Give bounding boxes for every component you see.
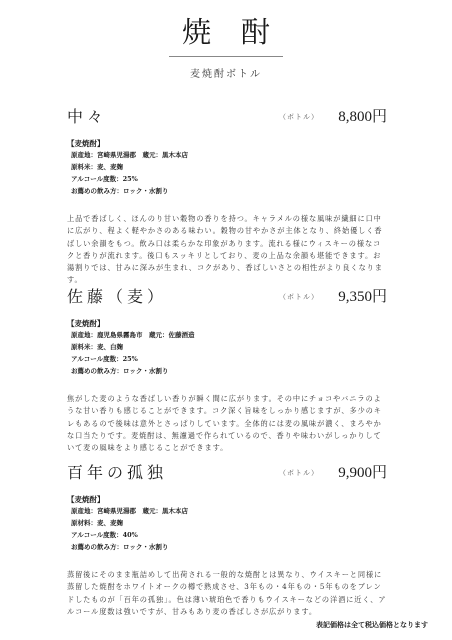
item-unit: （ボトル） bbox=[279, 112, 319, 122]
item-unit: （ボトル） bbox=[279, 292, 319, 302]
item-header: 佐藤（麦） （ボトル） 9,350円 bbox=[67, 286, 387, 310]
item-price: 9,900円 bbox=[338, 462, 387, 484]
item-origin: 原産地：宮崎県児湯郡 蔵元：黒木本店 bbox=[67, 505, 387, 517]
tax-note: 表記価格は全て税込価格となります bbox=[316, 620, 428, 630]
item-description: 上品で香ばしく、ほんのり甘い穀物の香りを持つ。キャラメルの様な風味が繊細に口中に… bbox=[67, 213, 389, 287]
menu-item-nakanaka: 中々 （ボトル） 8,800円 【麦焼酎】 原産地：宮崎県児湯郡 蔵元：黒木本店… bbox=[67, 106, 387, 287]
item-price: 9,350円 bbox=[338, 286, 387, 308]
item-abv: アルコール度数：40% bbox=[67, 529, 387, 541]
item-ingredients: 原料米：麦、白麹 bbox=[67, 341, 387, 353]
item-header: 百年の孤独 （ボトル） 9,900円 bbox=[67, 462, 387, 486]
item-abv: アルコール度数：25% bbox=[67, 353, 387, 365]
menu-item-sato-mugi: 佐藤（麦） （ボトル） 9,350円 【麦焼酎】 原産地：鹿児島県霧島市 蔵元：… bbox=[67, 286, 387, 454]
item-price: 8,800円 bbox=[338, 106, 387, 128]
item-origin: 原産地：鹿児島県霧島市 蔵元：佐藤酒造 bbox=[67, 329, 387, 341]
item-ingredients: 原料米：麦、麦麹 bbox=[67, 161, 387, 173]
item-name: 中々 bbox=[67, 106, 107, 128]
item-recommended: お薦めの飲み方：ロック・水割り bbox=[67, 185, 387, 197]
item-ingredients: 原材料：麦、麦麹 bbox=[67, 517, 387, 529]
item-category: 【麦焼酎】 bbox=[67, 138, 387, 149]
menu-item-hyakunen-no-kodoku: 百年の孤独 （ボトル） 9,900円 【麦焼酎】 原産地：宮崎県児湯郡 蔵元：黒… bbox=[67, 462, 387, 618]
item-recommended: お薦めの飲み方：ロック・水割り bbox=[67, 541, 387, 553]
page-title: 焼酎 bbox=[0, 14, 452, 50]
item-header: 中々 （ボトル） 8,800円 bbox=[67, 106, 387, 130]
item-abv: アルコール度数：25% bbox=[67, 173, 387, 185]
page-subtitle: 麦焼酎ボトル bbox=[0, 65, 452, 80]
item-description: 焦がした麦のような香ばしい香りが瞬く間に広がります。その中にチョコやバニラのよう… bbox=[67, 393, 389, 454]
item-unit: （ボトル） bbox=[279, 468, 319, 478]
item-description: 蒸留後にそのまま瓶詰めして出荷される一般的な焼酎とは異なり、ウイスキーと同様に蒸… bbox=[67, 569, 389, 618]
item-name: 百年の孤独 bbox=[67, 462, 167, 484]
title-divider bbox=[169, 56, 283, 57]
item-recommended: お薦めの飲み方：ロック・水割り bbox=[67, 365, 387, 377]
item-category: 【麦焼酎】 bbox=[67, 494, 387, 505]
item-category: 【麦焼酎】 bbox=[67, 318, 387, 329]
item-origin: 原産地：宮崎県児湯郡 蔵元：黒木本店 bbox=[67, 149, 387, 161]
item-name: 佐藤（麦） bbox=[67, 286, 167, 308]
page-header: 焼酎 麦焼酎ボトル bbox=[0, 14, 452, 80]
